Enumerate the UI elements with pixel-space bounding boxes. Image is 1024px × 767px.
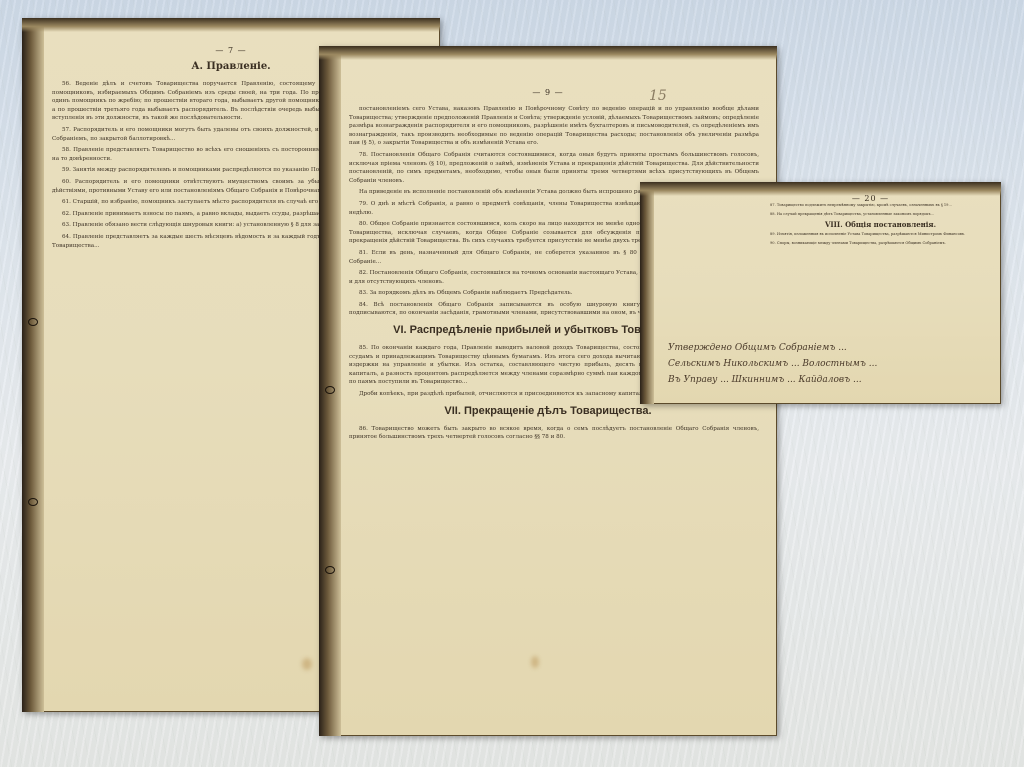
binding-hole [325,566,335,574]
paper-stain [531,656,539,668]
paragraph: 78. Постановленія Общаго Собранія считаю… [349,151,759,185]
handwritten-signatures: Утверждено Общимъ Собраніемъ ...Сельским… [668,340,989,388]
handwritten-line: Сельскимъ Никольскимъ ... Волостнымъ ... [668,356,989,372]
paragraph: 88. На случай прекращенія дѣлъ Товарищес… [760,212,989,218]
section-title-vii: VII. Прекращеніе дѣлъ Товарищества. [319,405,777,417]
page-number: — 9 — [319,88,777,97]
page-body-vii: 86. Товарищество можетъ быть закрыто во … [349,425,759,442]
handwritten-line: Въ Управу ... Шкиннимъ ... Кайдаловъ ... [668,372,989,388]
paragraph: 90. Споры, возникающіе между членами Тов… [760,241,989,247]
binding-hole [28,498,38,506]
binding-hole [325,386,335,394]
paragraph: постановленіемъ сего Устава, наказовъ Пр… [349,105,759,148]
section-title-viii: VIII. Общія постановленія. [760,220,1001,229]
handwritten-line: Утверждено Общимъ Собраніемъ ... [668,340,989,356]
paper-stain [302,658,312,670]
page-body-top: 87. Товарищество подлежитъ непремѣнному … [760,203,989,217]
pencil-annotation: 15 [649,88,667,104]
paragraph: 87. Товарищество подлежитъ непремѣнному … [760,203,989,209]
page-body-viii: 89. Изъятія, изложенныя въ исполненіе Ус… [760,232,989,246]
paragraph: 86. Товарищество можетъ быть закрыто во … [349,425,759,442]
paragraph: 89. Изъятія, изложенныя въ исполненіе Ус… [760,232,989,238]
document-page-20: — 20 — 87. Товарищество подлежитъ непрем… [640,182,1001,404]
binding-hole [28,318,38,326]
page-number: — 20 — [740,194,1001,203]
